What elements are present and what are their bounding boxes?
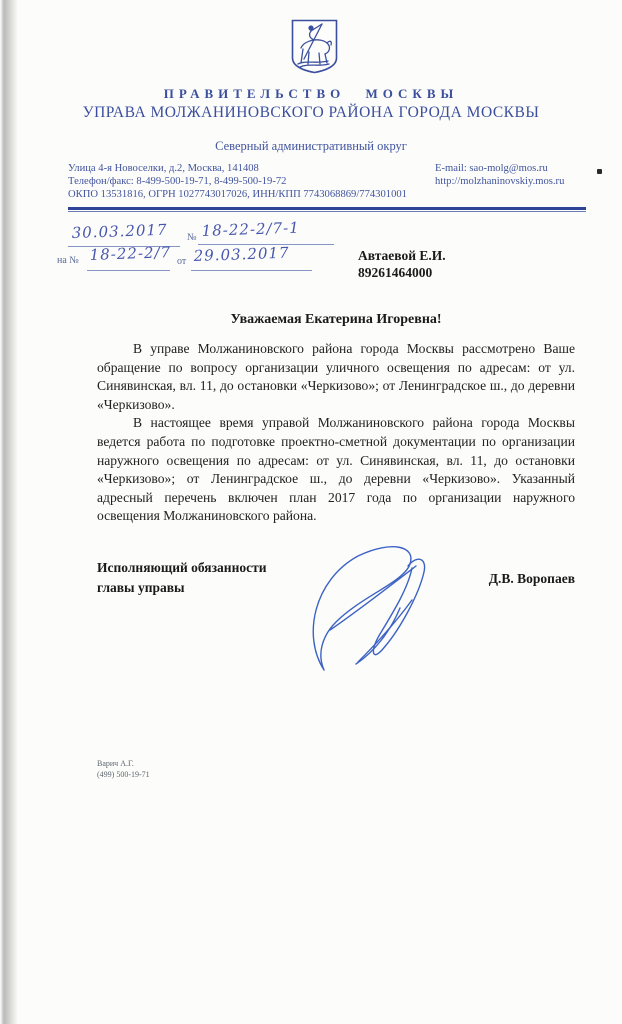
executor-name: Варич А.Г.	[97, 759, 150, 770]
district-subtitle: Северный административный округ	[0, 139, 622, 154]
outgoing-date-handwritten: 30.03.2017	[71, 221, 167, 242]
signer-title: Исполняющий обязанности главы управы	[97, 558, 267, 598]
government-title: ПРАВИТЕЛЬСТВО МОСКВЫ	[0, 86, 622, 102]
moscow-coat-of-arms-icon	[291, 19, 338, 74]
paragraph-1: В управе Молжаниновского района города М…	[97, 340, 575, 414]
reply-label: на №	[57, 255, 79, 266]
salutation: Уважаемая Екатерина Игоревна!	[97, 312, 575, 328]
contact-block-right: E-mail: sao-molg@mos.ru http://molzhanin…	[435, 162, 605, 188]
contact-address: Улица 4-я Новоселки, д.2, Москва, 141408	[68, 162, 428, 175]
reply-underline	[87, 270, 170, 271]
number-label: №	[187, 232, 197, 243]
contact-block-left: Улица 4-я Новоселки, д.2, Москва, 141408…	[68, 162, 428, 201]
outgoing-number-handwritten: 18-22-2/7-1	[201, 219, 300, 240]
executor-block: Варич А.Г. (499) 500-19-71	[97, 759, 150, 780]
reply-date-underline	[191, 270, 312, 271]
signer-name: Д.В. Воропаев	[455, 571, 575, 587]
contact-email: E-mail: sao-molg@mos.ru	[435, 162, 605, 175]
letterhead-divider	[68, 207, 586, 213]
executor-phone: (499) 500-19-71	[97, 770, 150, 781]
reply-number-handwritten: 18-22-2/7	[89, 243, 171, 264]
reply-date-handwritten: 29.03.2017	[193, 244, 289, 265]
contact-phone-fax: Телефон/факс: 8-499-500-19-71, 8-499-500…	[68, 175, 428, 188]
recipient-phone: 89261464000	[358, 264, 446, 281]
signer-title-line1: Исполняющий обязанности	[97, 558, 267, 578]
recipient-block: Автаевой Е.И. 89261464000	[358, 247, 446, 281]
scan-speck	[597, 169, 602, 174]
from-label: от	[177, 256, 186, 267]
letter-body: В управе Молжаниновского района города М…	[97, 340, 575, 526]
contact-codes: ОКПО 13531816, ОГРН 1027743017026, ИНН/К…	[68, 188, 428, 201]
signer-title-line2: главы управы	[97, 578, 267, 598]
paragraph-2: В настоящее время управой Молжаниновског…	[97, 414, 575, 526]
contact-website: http://molzhaninovskiy.mos.ru	[435, 175, 605, 188]
scanned-letter-page: ПРАВИТЕЛЬСТВО МОСКВЫ УПРАВА МОЛЖАНИНОВСК…	[0, 0, 622, 1024]
organization-title: УПРАВА МОЛЖАНИНОВСКОГО РАЙОНА ГОРОДА МОС…	[0, 104, 622, 122]
handwritten-signature	[300, 538, 450, 673]
recipient-name: Автаевой Е.И.	[358, 247, 446, 264]
